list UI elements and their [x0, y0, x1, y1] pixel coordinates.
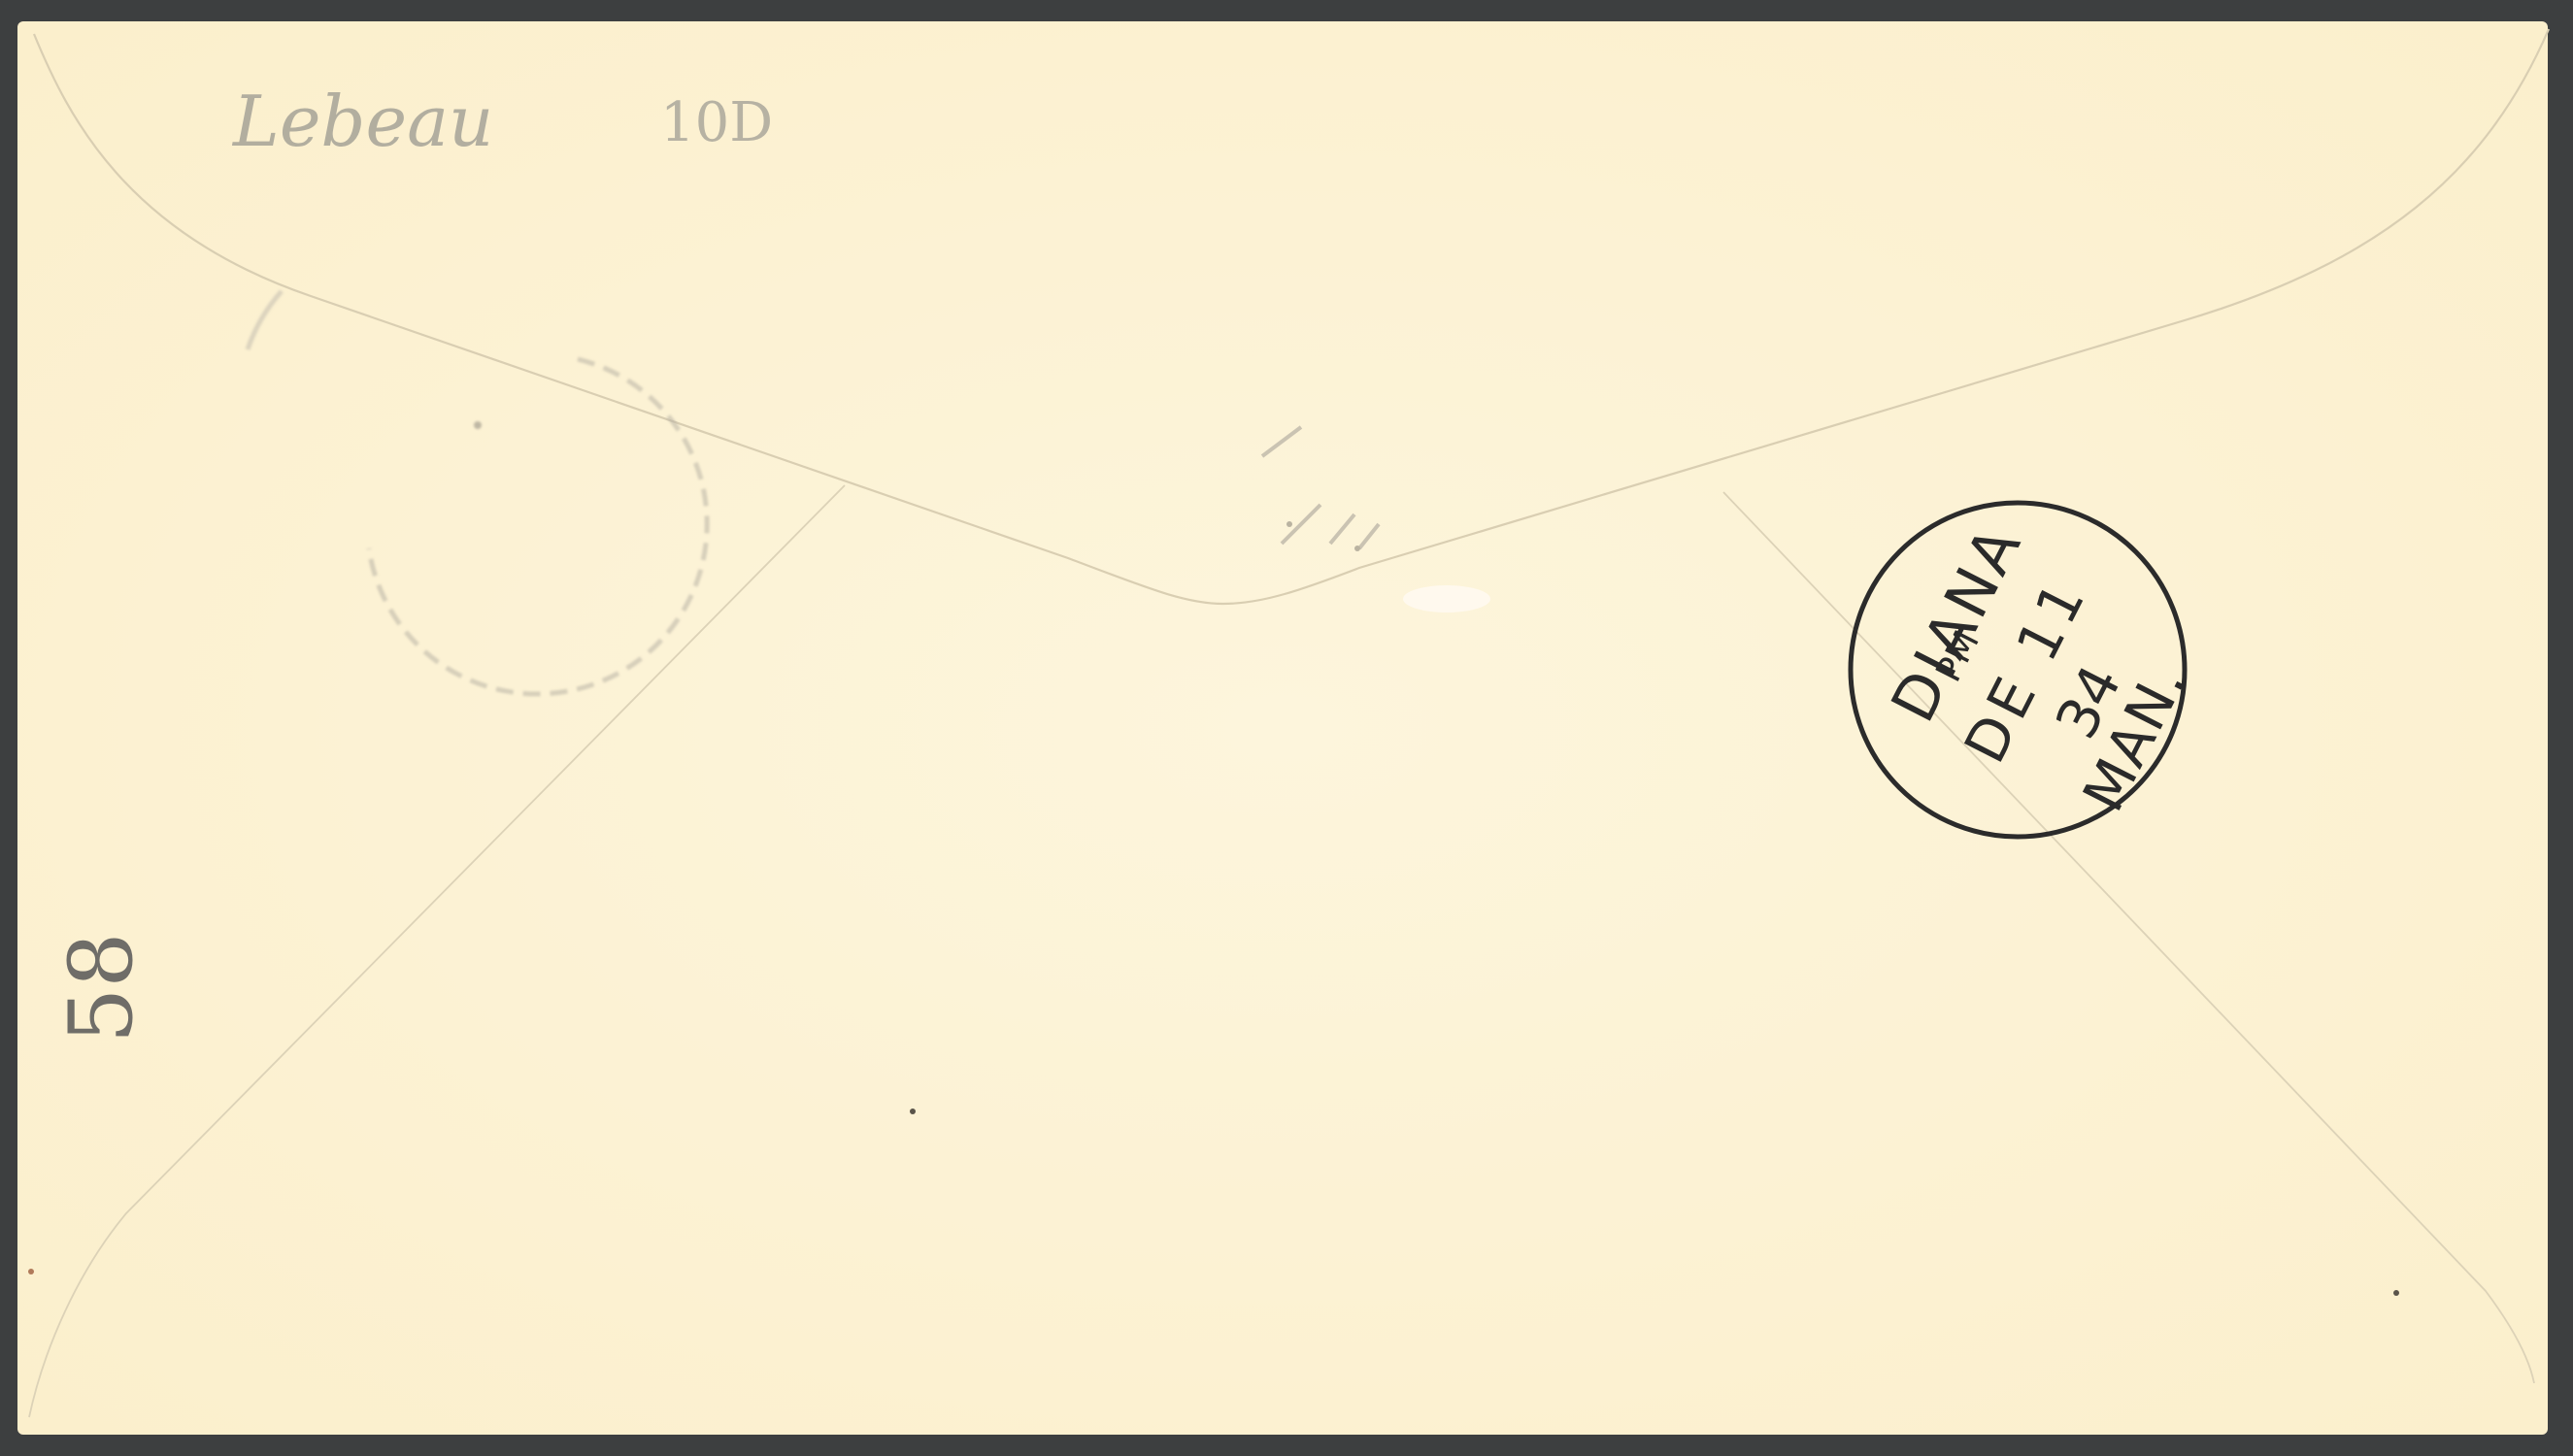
- pencil-side-number: 58: [50, 932, 152, 1043]
- pencil-note-script: Lebeau: [231, 81, 493, 162]
- pencil-note-code: 10D: [660, 91, 773, 154]
- envelope-scan: Lebeau 10D 58 DIANA PM DE 11 34 MAN.: [0, 0, 2573, 1456]
- flap-tip-wear: [1403, 585, 1490, 612]
